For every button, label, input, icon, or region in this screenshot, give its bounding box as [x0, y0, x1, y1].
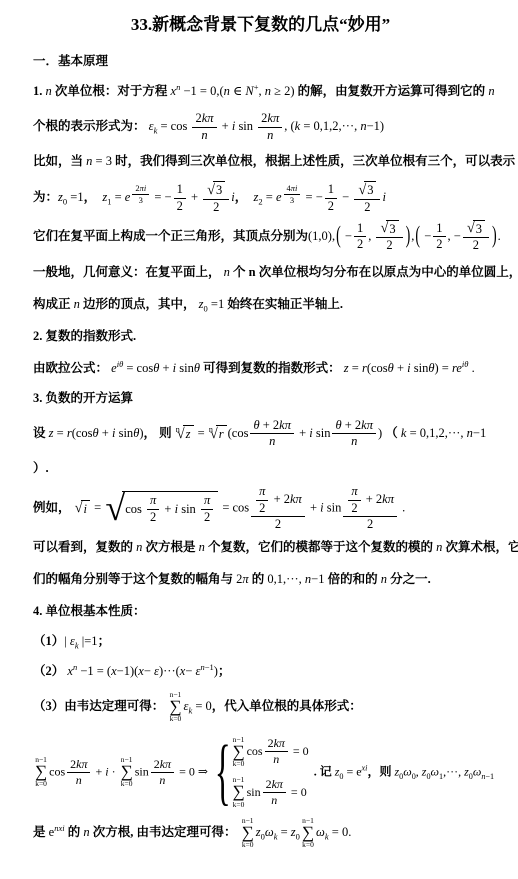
math-text: + — [99, 426, 112, 440]
math-text: = — [54, 426, 67, 440]
math-var: n — [269, 434, 275, 450]
brace: { — [215, 743, 231, 802]
math-text: )···( — [159, 664, 180, 678]
line-geometric-meaning-2: 构成正 n 边形的顶点，其中， z0 =1 始终在实轴正半轴上. — [33, 294, 488, 312]
math-text: + 2 — [260, 418, 280, 434]
line-close-paren: ）. — [33, 458, 488, 476]
line-property-2: （2） xn −1 = (x−1)(x− ε)···(x− εn−1)； — [33, 661, 488, 679]
denominator: 3 — [136, 195, 146, 206]
text: 是 — [33, 825, 49, 839]
numerator: θ + 2kπ — [250, 418, 294, 435]
math-var: n — [271, 793, 277, 808]
fraction: 2kπn — [265, 736, 288, 767]
math-text: = — [277, 825, 290, 839]
heading-exponential-form: 2. 复数的指数形式. — [33, 326, 488, 344]
math-text: = cos — [219, 500, 249, 514]
math-text: n — [176, 425, 180, 434]
text: 次算术根，它 — [442, 540, 518, 554]
cases-lines: n−1∑k=0cos2kπn = 0n−1∑k=0sin2kπn = 0 — [230, 732, 308, 813]
numerator: 2kπ — [151, 757, 174, 773]
math-text: k=0 — [242, 840, 254, 849]
denominator: 2 — [364, 517, 376, 533]
text: 1. — [33, 84, 46, 98]
denominator: 2 — [361, 200, 373, 216]
numerator: θ + 2kπ — [332, 418, 376, 435]
math-text: + — [219, 119, 232, 133]
summation: n−1∑k=0 — [232, 736, 244, 769]
denominator: n — [198, 128, 210, 144]
text: 的 — [65, 825, 84, 839]
denominator: 2 — [272, 517, 284, 533]
denominator: 3 — [287, 195, 297, 206]
text: 由欧拉公式： — [33, 361, 111, 375]
math-text: sin — [313, 426, 331, 440]
fraction: 2πi3 — [132, 183, 149, 205]
math-text: cos — [125, 502, 145, 517]
fraction: π2 + 2kπ2 — [251, 484, 305, 533]
math-text: , ( — [284, 119, 294, 133]
line-euler-formula: 由欧拉公式： eiθ = cosθ + i sinθ 可得到复数的指数形式： z… — [33, 358, 488, 376]
math-text: , − — [448, 229, 461, 243]
math-var: n — [76, 773, 82, 788]
big-paren: ) — [491, 223, 498, 251]
math-text: (cos — [72, 426, 93, 440]
math-text: ∈ — [230, 84, 246, 98]
math-text: ≥ 2) — [271, 84, 298, 98]
numerator: π — [348, 484, 360, 501]
math-text: −1 = 0,( — [180, 84, 223, 98]
math-text: = 0,1,2,···, — [406, 426, 466, 440]
fraction: 12 — [354, 221, 366, 253]
subscript: 0 — [296, 831, 300, 841]
math-var: πi — [291, 183, 298, 194]
text: 设 — [33, 426, 49, 440]
denominator: 2 — [433, 237, 445, 253]
numerator: π — [201, 493, 213, 510]
math-text: ) = — [434, 361, 451, 375]
numerator: 2kπ — [258, 111, 282, 128]
radical: √i — [75, 500, 90, 517]
math-text: = 0. — [329, 825, 352, 839]
math-text: sin — [115, 426, 133, 440]
text: ， — [235, 190, 254, 204]
line-property-1: （1）| εk |=1； — [33, 631, 488, 649]
math-text: −1 — [205, 662, 214, 672]
math-text: 2 — [328, 199, 334, 215]
math-text: + 2 — [363, 492, 383, 508]
fraction: 2kπn — [192, 111, 216, 143]
superscript: 2πi3 — [130, 188, 151, 198]
math-text: . — [399, 500, 405, 514]
sigma-symbol: ∑ — [242, 825, 254, 841]
math-var: N — [245, 84, 253, 98]
text: ， — [84, 190, 103, 204]
fraction: 2kπn — [67, 757, 90, 788]
superscript: nxi — [54, 823, 64, 833]
math-text: 2 — [367, 517, 373, 533]
math-var: ω — [431, 764, 439, 778]
fraction: 4πi3 — [284, 183, 301, 205]
math-text: =1 — [208, 297, 228, 311]
math-text: −1 — [485, 771, 494, 780]
numerator: 2kπ — [192, 111, 216, 128]
text: 时，我们得到三次单位根，根据上述性质，三次单位根有三个，可以表示 — [115, 154, 515, 168]
sigma-symbol: ∑ — [121, 764, 133, 780]
text: 们的幅角分别等于这个复数的幅角与 — [33, 572, 236, 586]
text: ， 则 — [144, 426, 175, 440]
text: 次单位根： — [52, 84, 118, 98]
math-var: kπ — [382, 492, 394, 508]
math-text: 3 — [367, 183, 373, 199]
denominator: 2 — [348, 501, 360, 517]
math-text: 2 — [364, 200, 370, 216]
math-text: − — [342, 229, 352, 243]
line-triangle-vertices: 它们在复平面上构成一个正三角形，其顶点分别为(1,0),( −12, √32),… — [33, 220, 488, 254]
math-text: 2 — [436, 237, 442, 253]
math-text: + — [296, 426, 309, 440]
line-property-3: （3）由韦达定理可得： n−1∑k=0εk = 0，代入单位根的具体形式： — [33, 691, 488, 724]
radicand: cos π2 + i sin π2 — [122, 491, 218, 525]
denominator: n — [270, 752, 282, 767]
math-text: 1 — [328, 182, 334, 198]
fraction: √32 — [463, 220, 489, 254]
math-text: 2 — [150, 510, 156, 526]
math-text: 1 — [436, 221, 442, 237]
math-var: kπ — [274, 736, 285, 751]
math-text: = cos — [157, 119, 190, 133]
radical: n√r — [209, 425, 227, 442]
math-var: kπ — [290, 492, 302, 508]
numerator: 1 — [354, 221, 366, 238]
big-paren: ) — [405, 223, 412, 251]
fraction: θ + 2kπn — [332, 418, 376, 450]
math-var: kπ — [160, 757, 171, 772]
heading-unit-root-properties: 4. 单位根基本性质： — [33, 601, 488, 619]
text: 个复数，它们的模都等于这个复数的模的 — [205, 540, 436, 554]
fraction: 2kπn — [258, 111, 282, 143]
line-sqrt-i-example: 例如， √i = √cos π2 + i sin π2 = cosπ2 + 2k… — [33, 484, 488, 533]
numerator: 4πi — [284, 183, 301, 195]
denominator: 2 — [210, 200, 222, 216]
math-text: = 0 — [288, 785, 307, 800]
summation: n−1∑k=0 — [232, 776, 244, 809]
text: ，则 — [367, 764, 394, 778]
line-observation-1: 可以看到，复数的 n 次方根是 n 个复数，它们的模都等于这个复数的模的 n 次… — [33, 537, 488, 555]
math-text: 2 — [473, 238, 479, 254]
sum-lower-limit: k=0 — [121, 780, 133, 788]
line-cube-roots: 为：z0 =1， z1 = e2πi3 = −12 + √32i， z2 = e… — [33, 181, 488, 215]
math-text: sin — [178, 502, 199, 517]
sum-lower-limit: k=0 — [233, 801, 245, 809]
line-sum-expansion: n−1∑k=0cos2kπn + i · n−1∑k=0sin2kπn = 0 … — [33, 732, 488, 813]
numerator: π — [147, 493, 159, 510]
math-text: 2 — [357, 237, 363, 253]
math-text: 2 — [275, 517, 281, 533]
math-text: |=1 — [79, 634, 98, 648]
root-index: n — [176, 425, 180, 434]
math-var: i — [84, 502, 87, 517]
math-text: , — [368, 229, 374, 243]
math-var: ω — [265, 825, 274, 839]
heading-root-operation: 3. 负数的开方运算 — [33, 388, 488, 406]
math-var: n — [201, 128, 207, 144]
radical: √3 — [207, 181, 225, 199]
case-line: n−1∑k=0sin2kπn = 0 — [230, 776, 308, 809]
text: 对于方程 — [117, 84, 170, 98]
math-var: n — [159, 773, 165, 788]
superscript: 4πi3 — [282, 188, 303, 198]
numerator: 2πi — [132, 183, 149, 195]
line-unit-root-formula: 个根的表示形式为： εk = cos 2kπn + i sin 2kπn, (k… — [33, 111, 488, 143]
numerator: 2kπ — [67, 757, 90, 773]
math-text: + 2 — [342, 418, 362, 434]
radical: √3 — [380, 220, 398, 238]
math-text: 2 — [259, 501, 265, 517]
math-text: k=0 — [233, 800, 245, 809]
text: 可以看到，复数的 — [33, 540, 136, 554]
math-text: 2 — [386, 238, 392, 254]
text: （1） — [33, 634, 64, 648]
fraction: 2kπn — [151, 757, 174, 788]
math-text: = − — [302, 190, 322, 204]
numerator: π2 + 2kπ — [251, 484, 305, 517]
radicand: 3 — [386, 220, 398, 238]
radicand: 3 — [213, 181, 225, 199]
math-text: + — [307, 500, 320, 514]
fraction: π2 — [348, 484, 360, 516]
big-paren: ( — [414, 223, 421, 251]
denominator: 2 — [256, 501, 268, 517]
math-text: + — [394, 361, 407, 375]
summation: n−1∑k=0 — [121, 756, 133, 789]
line-observation-2: 们的幅角分别等于这个复数的幅角与 2π 的 0,1,···, n−1 倍的和的 … — [33, 569, 488, 587]
denominator: 2 — [174, 199, 186, 215]
math-text: = — [91, 500, 104, 514]
math-var: π — [259, 484, 265, 500]
math-text: − — [185, 664, 195, 678]
math-text: −1 — [311, 572, 324, 586]
math-var: kπ — [361, 418, 373, 434]
sum-lower-limit: k=0 — [302, 841, 314, 849]
line-root-formula: 设 z = r(cosθ + i sinθ)， 则 n√z = n√r(cosθ… — [33, 418, 488, 450]
fraction: 2kπn — [263, 777, 286, 808]
math-text: cos — [49, 764, 65, 778]
numerator: π2 + 2kπ — [343, 484, 397, 517]
math-var: πi — [140, 183, 147, 194]
math-text: − — [144, 664, 154, 678]
math-text: n — [209, 425, 213, 434]
math-var: kπ — [272, 777, 283, 792]
math-text: − — [339, 190, 352, 204]
math-text: sin — [324, 500, 342, 514]
math-var: kπ — [267, 111, 279, 127]
denominator: n — [268, 793, 280, 808]
text: 倍的和的 — [324, 572, 380, 586]
math-var: ω — [316, 825, 325, 839]
math-text: =1 — [67, 190, 83, 204]
math-text: = − — [151, 190, 171, 204]
radical: √cos π2 + i sin π2 — [105, 491, 218, 525]
text: （ — [385, 426, 401, 440]
fraction: √32 — [376, 220, 402, 254]
text: 的解，由复数开方运算可得到它的 — [298, 84, 489, 98]
math-text: = 0,1,2,···, — [300, 119, 360, 133]
summation: n−1∑k=0 — [242, 817, 254, 850]
text: ； — [98, 634, 111, 648]
sigma-symbol: ∑ — [169, 699, 181, 715]
denominator: n — [264, 128, 276, 144]
denominator: 2 — [383, 238, 395, 254]
math-text: = — [349, 361, 362, 375]
numerator: 1 — [433, 221, 445, 238]
math-text: sin — [235, 119, 256, 133]
math-var: n — [488, 84, 494, 98]
doc-title: 33.新概念背景下复数的几点“妙用” — [33, 10, 488, 35]
numerator: π — [256, 484, 268, 501]
denominator: n — [73, 773, 85, 788]
text: 例如， — [33, 500, 74, 514]
math-text: + — [159, 361, 172, 375]
math-text: k=0 — [302, 840, 314, 849]
math-text: −1)( — [117, 664, 139, 678]
math-text: 1 — [357, 221, 363, 237]
text: 构成正 — [33, 297, 74, 311]
math-text: − — [421, 229, 431, 243]
math-text: sin — [176, 361, 194, 375]
text: ，代入单位根的具体形式： — [212, 699, 362, 713]
math-text: k=0 — [35, 779, 47, 788]
math-text: (1,0), — [308, 229, 335, 243]
sum-lower-limit: k=0 — [233, 760, 245, 768]
math-text: (cos — [367, 361, 388, 375]
math-text: + — [188, 190, 201, 204]
math-var: kπ — [202, 111, 214, 127]
line-nth-unit-root-intro: 1. n 次单位根：对于方程 xn −1 = 0,(n ∈ N+, n ≥ 2)… — [33, 81, 488, 99]
text: 个 n 次单位根均匀分布在以原点为中心的单位圆上， — [230, 265, 518, 279]
math-text: . — [498, 229, 501, 243]
math-text: + — [161, 502, 174, 517]
radical: n√z — [176, 425, 194, 442]
math-text: −1) — [367, 119, 384, 133]
math-text: −1 — [473, 426, 486, 440]
math-var: z — [186, 427, 191, 442]
math-var: e — [276, 190, 282, 204]
fraction: π2 — [147, 493, 159, 525]
sigma-symbol: ∑ — [35, 764, 47, 780]
fraction: π2 + 2kπ2 — [343, 484, 397, 533]
fraction: π2 — [256, 484, 268, 516]
big-paren: ( — [335, 223, 342, 251]
heading-basic-principle: 一．基本原理 — [33, 51, 488, 69]
math-text: = — [111, 190, 124, 204]
text: 它们在复平面上构成一个正三角形，其顶点分别为 — [33, 229, 308, 243]
sigma-symbol: ∑ — [232, 744, 244, 760]
math-text: −1 = ( — [77, 664, 111, 678]
math-var: π — [204, 493, 210, 509]
math-text: cos — [247, 744, 263, 759]
math-var: n — [351, 434, 357, 450]
math-text: k=0 — [233, 759, 245, 768]
denominator: 2 — [201, 510, 213, 526]
numerator: 2kπ — [265, 736, 288, 752]
summation: n−1∑k=0 — [169, 691, 181, 724]
math-text: 1 — [177, 182, 183, 198]
numerator: 1 — [174, 182, 186, 199]
fraction: √32 — [354, 181, 380, 215]
math-var: n — [267, 128, 273, 144]
denominator: 2 — [470, 238, 482, 254]
math-text: 3 — [476, 222, 482, 238]
numerator: √3 — [463, 220, 489, 239]
radical: √3 — [358, 181, 376, 199]
math-var: n — [273, 752, 279, 767]
fraction: 12 — [325, 182, 337, 214]
math-text: = e — [343, 764, 361, 778]
numerator: √3 — [376, 220, 402, 239]
math-text: 2 — [204, 510, 210, 526]
radicand: 3 — [473, 220, 485, 238]
text: 可得到复数的指数形式： — [200, 361, 344, 375]
radicand: 3 — [364, 181, 376, 199]
math-text: k=0 — [170, 714, 182, 723]
radical: √3 — [467, 220, 485, 238]
math-text: = 0 ⇒ — [176, 764, 211, 778]
math-var: nxi — [54, 823, 64, 833]
subscript: n−1 — [481, 771, 494, 780]
math-text: = cos — [123, 361, 153, 375]
math-var: kπ — [76, 757, 87, 772]
math-var: ω — [403, 764, 411, 778]
math-text: 3 — [216, 183, 222, 199]
math-text: 3 — [139, 195, 143, 206]
math-text: sin — [135, 764, 149, 778]
text: 次方根是 — [142, 540, 198, 554]
sum-lower-limit: k=0 — [170, 715, 182, 723]
text: 的 — [249, 572, 268, 586]
math-text: = 3 — [92, 154, 115, 168]
denominator: 2 — [354, 237, 366, 253]
math-text: 3 — [389, 222, 395, 238]
denominator: n — [348, 434, 360, 450]
denominator: n — [266, 434, 278, 450]
math-text: 2 — [213, 200, 219, 216]
math-text: + — [92, 764, 105, 778]
text: 边形的顶点，其中， — [80, 297, 199, 311]
math-text: · — [109, 764, 119, 778]
sigma-symbol: ∑ — [232, 784, 244, 800]
math-var: r — [219, 427, 224, 442]
math-var: π — [150, 493, 156, 509]
math-var: π — [351, 484, 357, 500]
numerator: 1 — [325, 182, 337, 199]
math-text: = — [195, 426, 208, 440]
superscript: n−1 — [200, 662, 213, 672]
text: 个根的表示形式为： — [33, 119, 149, 133]
text: . 记 — [311, 764, 335, 778]
text: （3）由韦达定理可得： — [33, 699, 167, 713]
text: 一般地，几何意义：在复平面上， — [33, 265, 224, 279]
radicand: z — [183, 425, 194, 442]
fraction: π2 — [201, 493, 213, 525]
math-text: = — [263, 190, 276, 204]
math-text: 0,1,···, — [267, 572, 305, 586]
math-text: 2 — [177, 199, 183, 215]
math-var: i — [382, 190, 385, 204]
math-text: 3 — [290, 195, 294, 206]
radicand: i — [81, 500, 90, 517]
sigma-symbol: ∑ — [302, 825, 314, 841]
line-vieta-conclusion: 是 enxi 的 n 次方根, 由韦达定理可得： n−1∑k=0z0ωk = z… — [33, 817, 488, 850]
